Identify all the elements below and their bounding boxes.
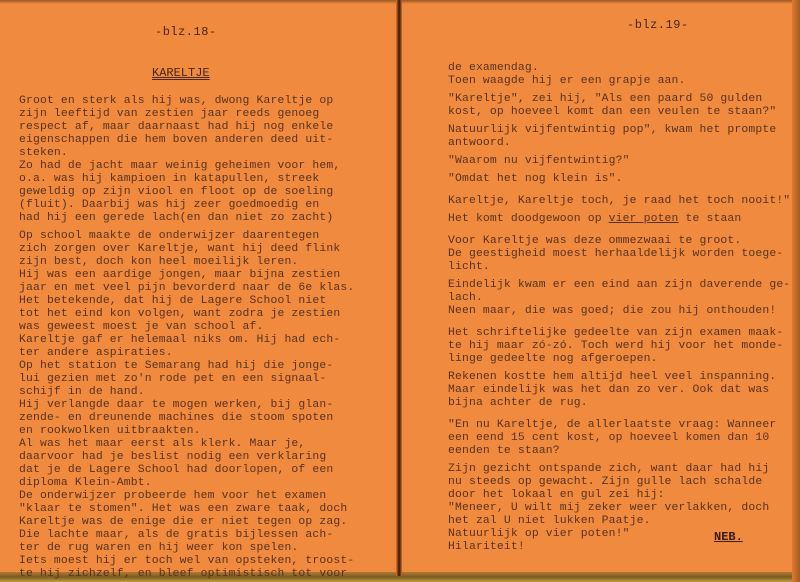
paragraph: Het schriftelijke gedeelte van zijn exam…	[448, 327, 790, 366]
paragraph-gap	[448, 186, 790, 195]
paragraph: Natuurlijk vijfentwintig pop", kwam het …	[448, 124, 790, 150]
paragraph: de examendag. Toen waagde hij er een gra…	[448, 62, 790, 88]
paragraph: Eindelijk kwam er een eind aan zijn dave…	[448, 279, 790, 318]
paragraph-gap	[448, 410, 790, 419]
paragraph: Voor Kareltje was deze ommezwaai te groo…	[448, 235, 790, 274]
paragraph-gap	[448, 318, 790, 327]
paragraph: "Waarom nu vijfentwintig?"	[448, 155, 790, 168]
page-right-edge	[792, 0, 800, 582]
paragraph: Rekenen kostte hem altijd heel veel insp…	[448, 371, 790, 410]
author-signature: NEB.	[714, 530, 743, 544]
paragraph-gap	[448, 226, 790, 235]
underlined-phrase: vier poten	[609, 213, 679, 225]
page-number: -blz.18-	[155, 25, 217, 39]
paragraph: Kareltje, Kareltje toch, je raad het toc…	[448, 195, 790, 208]
story-title: KARELTJE	[152, 66, 210, 80]
paragraph: Groot en sterk als hij was, dwong Karelt…	[19, 95, 354, 225]
right-page: -blz.19- de examendag. Toen waagde hij e…	[402, 0, 792, 572]
paragraph: Op school maakte de onderwijzer daarente…	[19, 230, 354, 581]
paragraph: Het komt doodgewoon op vier poten te sta…	[448, 213, 790, 226]
story-body-left: Groot en sterk als hij was, dwong Karelt…	[19, 95, 354, 581]
page-number: -blz.19-	[627, 18, 689, 32]
story-body-right: de examendag. Toen waagde hij er een gra…	[448, 62, 790, 554]
paragraph: "En nu Kareltje, de allerlaatste vraag: …	[448, 419, 790, 458]
paragraph: "Kareltje", zei hij, "Als een paard 50 g…	[448, 93, 790, 119]
paragraph: "Omdat het nog klein is".	[448, 173, 790, 186]
left-page: -blz.18- KARELTJE Groot en sterk als hij…	[0, 0, 396, 572]
